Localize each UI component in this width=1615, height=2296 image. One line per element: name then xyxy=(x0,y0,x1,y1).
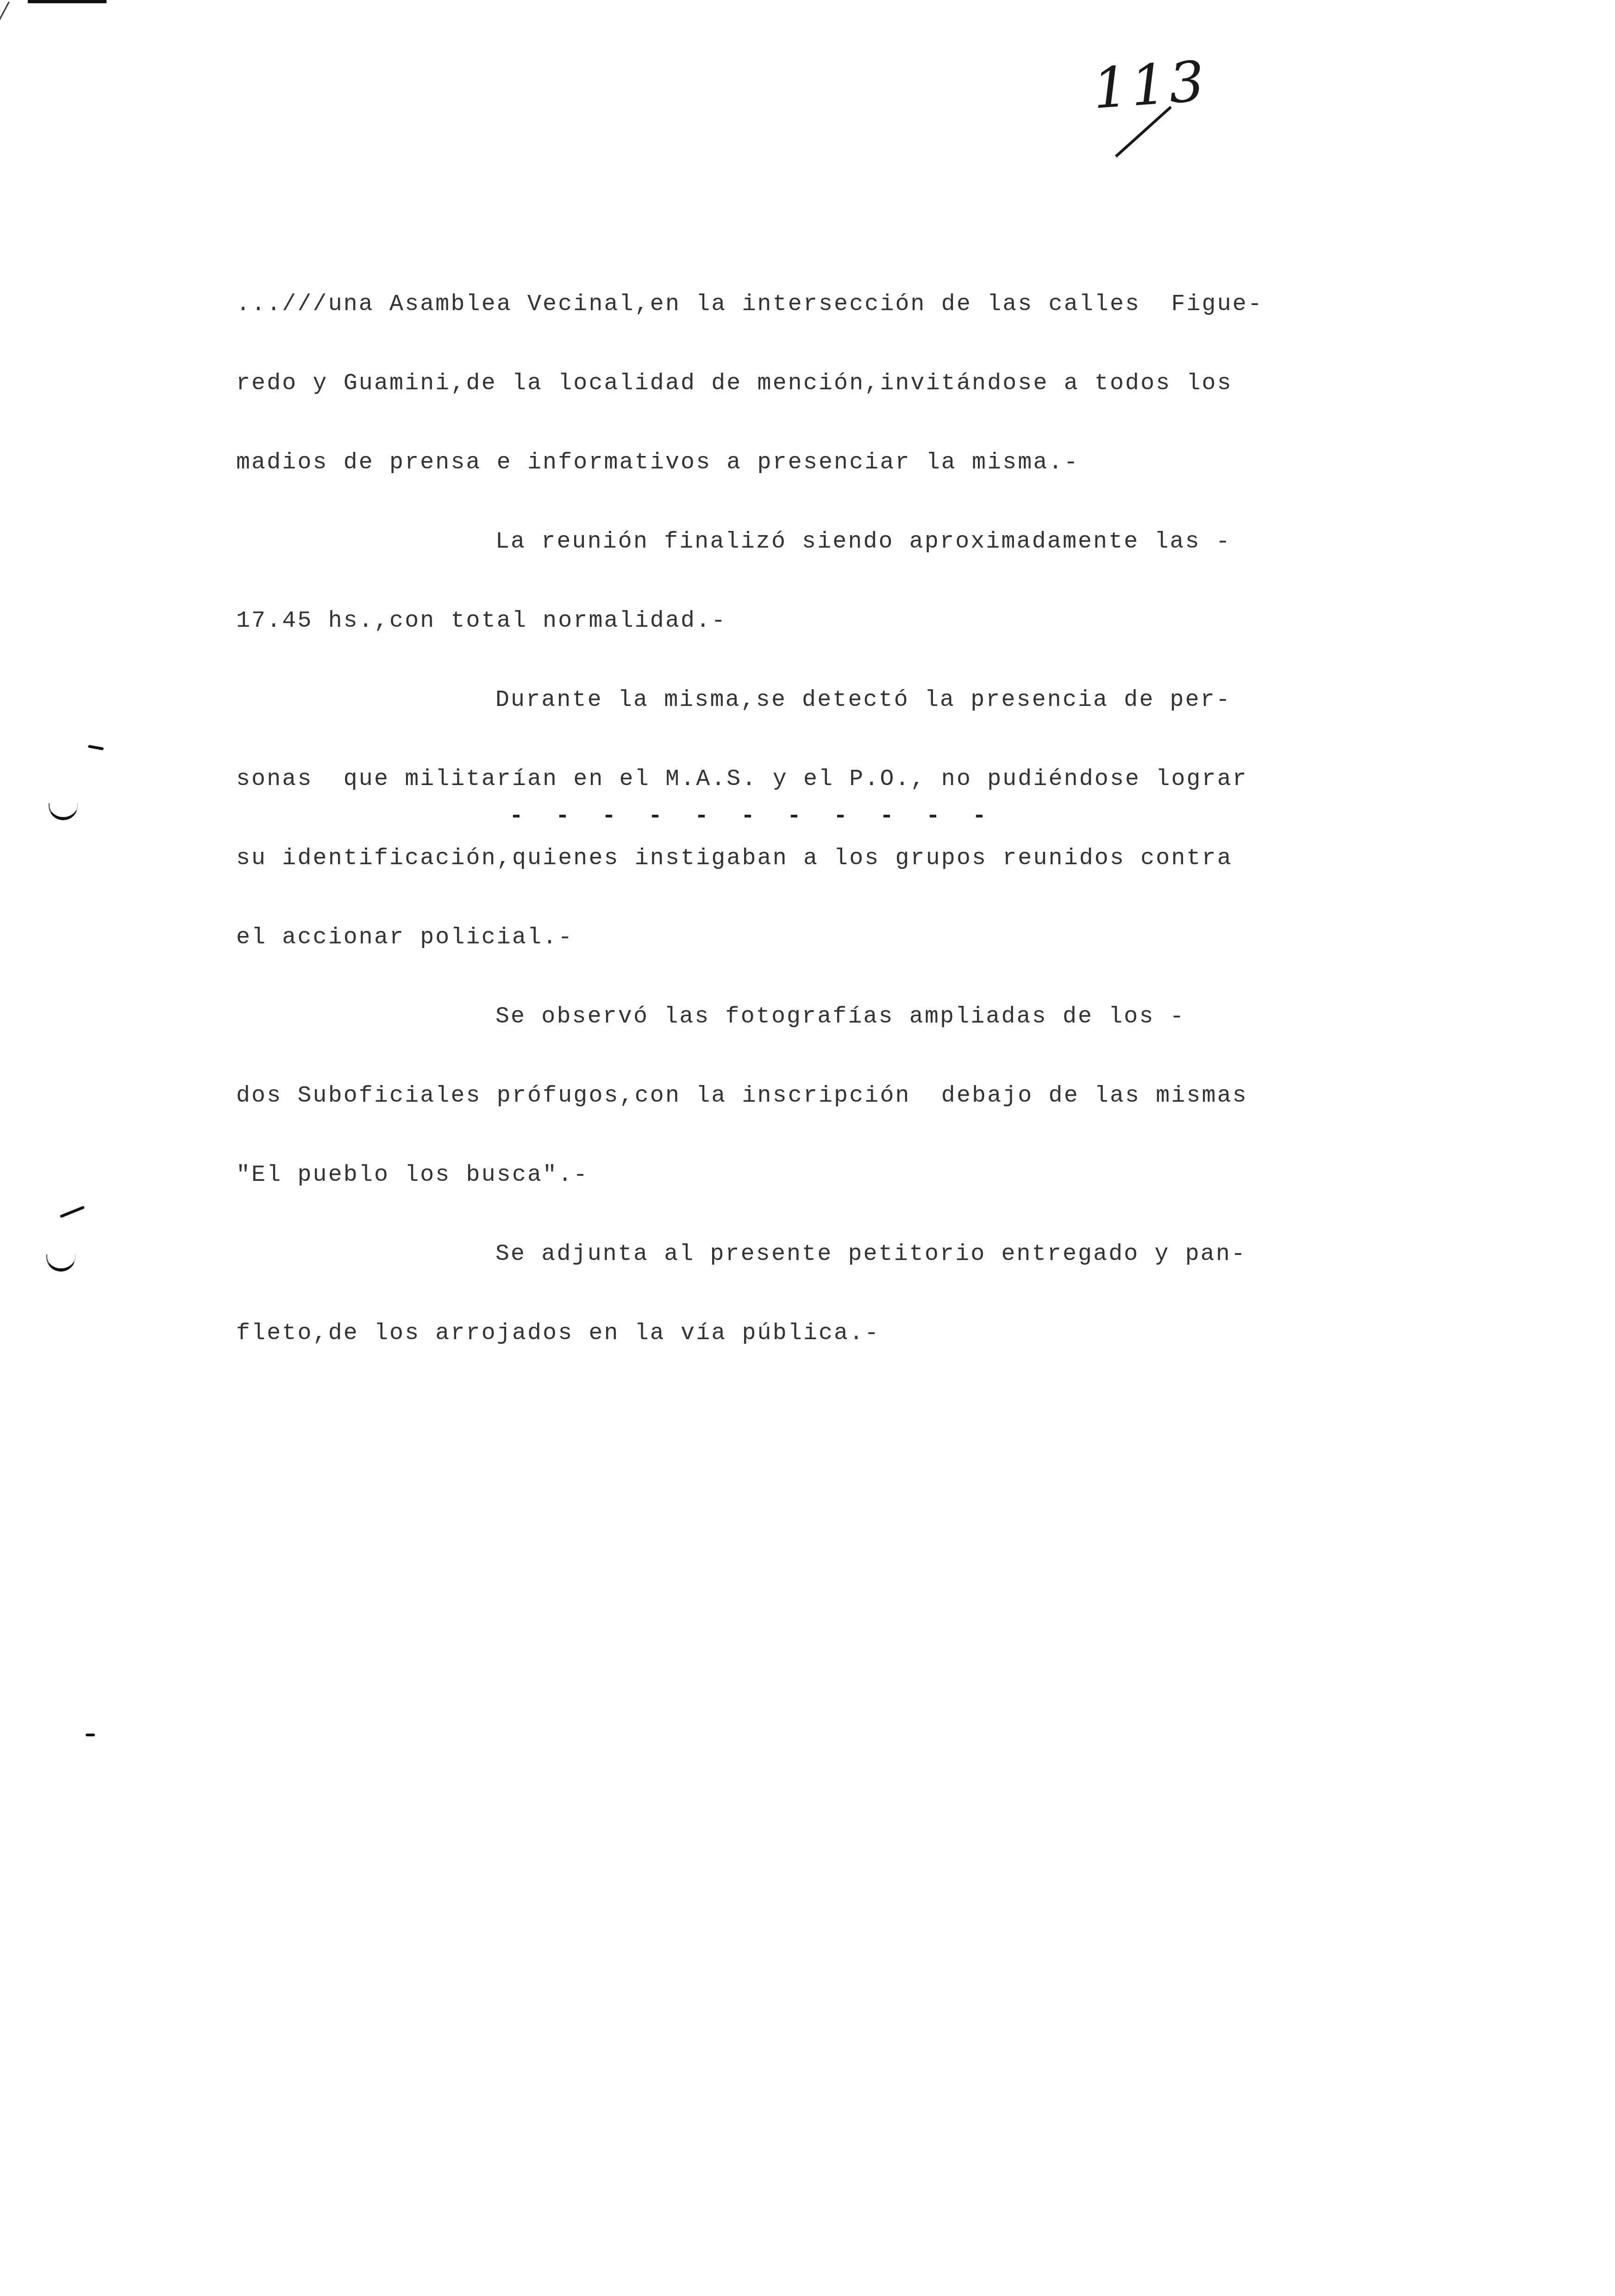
dashed-separator: - - - - - - - - - - - xyxy=(509,803,995,830)
document-page: 113 ...///una Asamblea Vecinal,en la int… xyxy=(0,0,1615,2296)
punch-hole-mark xyxy=(49,803,78,820)
punch-hole-mark xyxy=(46,1254,75,1272)
text-line: el accionar policial.- xyxy=(236,924,1208,951)
margin-mark xyxy=(86,1734,95,1736)
text-line: redo y Guamini,de la localidad de menció… xyxy=(236,370,1208,397)
text-line: Se adjunta al presente petitorio entrega… xyxy=(236,1241,1208,1267)
text-line: Se observó las fotografías ampliadas de … xyxy=(236,1004,1208,1030)
scan-edge-mark xyxy=(0,1,10,41)
text-line: "El pueblo los busca".- xyxy=(236,1162,1208,1188)
text-line: 17.45 hs.,con total normalidad.- xyxy=(236,608,1208,634)
handwritten-page-number: 113 xyxy=(1090,50,1209,122)
text-line: su identificación,quienes instigaban a l… xyxy=(236,845,1208,872)
text-line: La reunión finalizó siendo aproximadamen… xyxy=(236,529,1208,555)
text-line: dos Suboficiales prófugos,con la inscrip… xyxy=(236,1083,1208,1109)
text-line: fleto,de los arrojados en la vía pública… xyxy=(236,1320,1208,1347)
text-line: Durante la misma,se detectó la presencia… xyxy=(236,687,1208,713)
text-line: madios de prensa e informativos a presen… xyxy=(236,449,1208,476)
scan-edge-mark xyxy=(28,0,106,3)
margin-mark xyxy=(60,1206,85,1218)
text-line: sonas que militarían en el M.A.S. y el P… xyxy=(236,766,1208,792)
margin-mark xyxy=(88,745,104,750)
text-line: ...///una Asamblea Vecinal,en la interse… xyxy=(236,291,1208,318)
